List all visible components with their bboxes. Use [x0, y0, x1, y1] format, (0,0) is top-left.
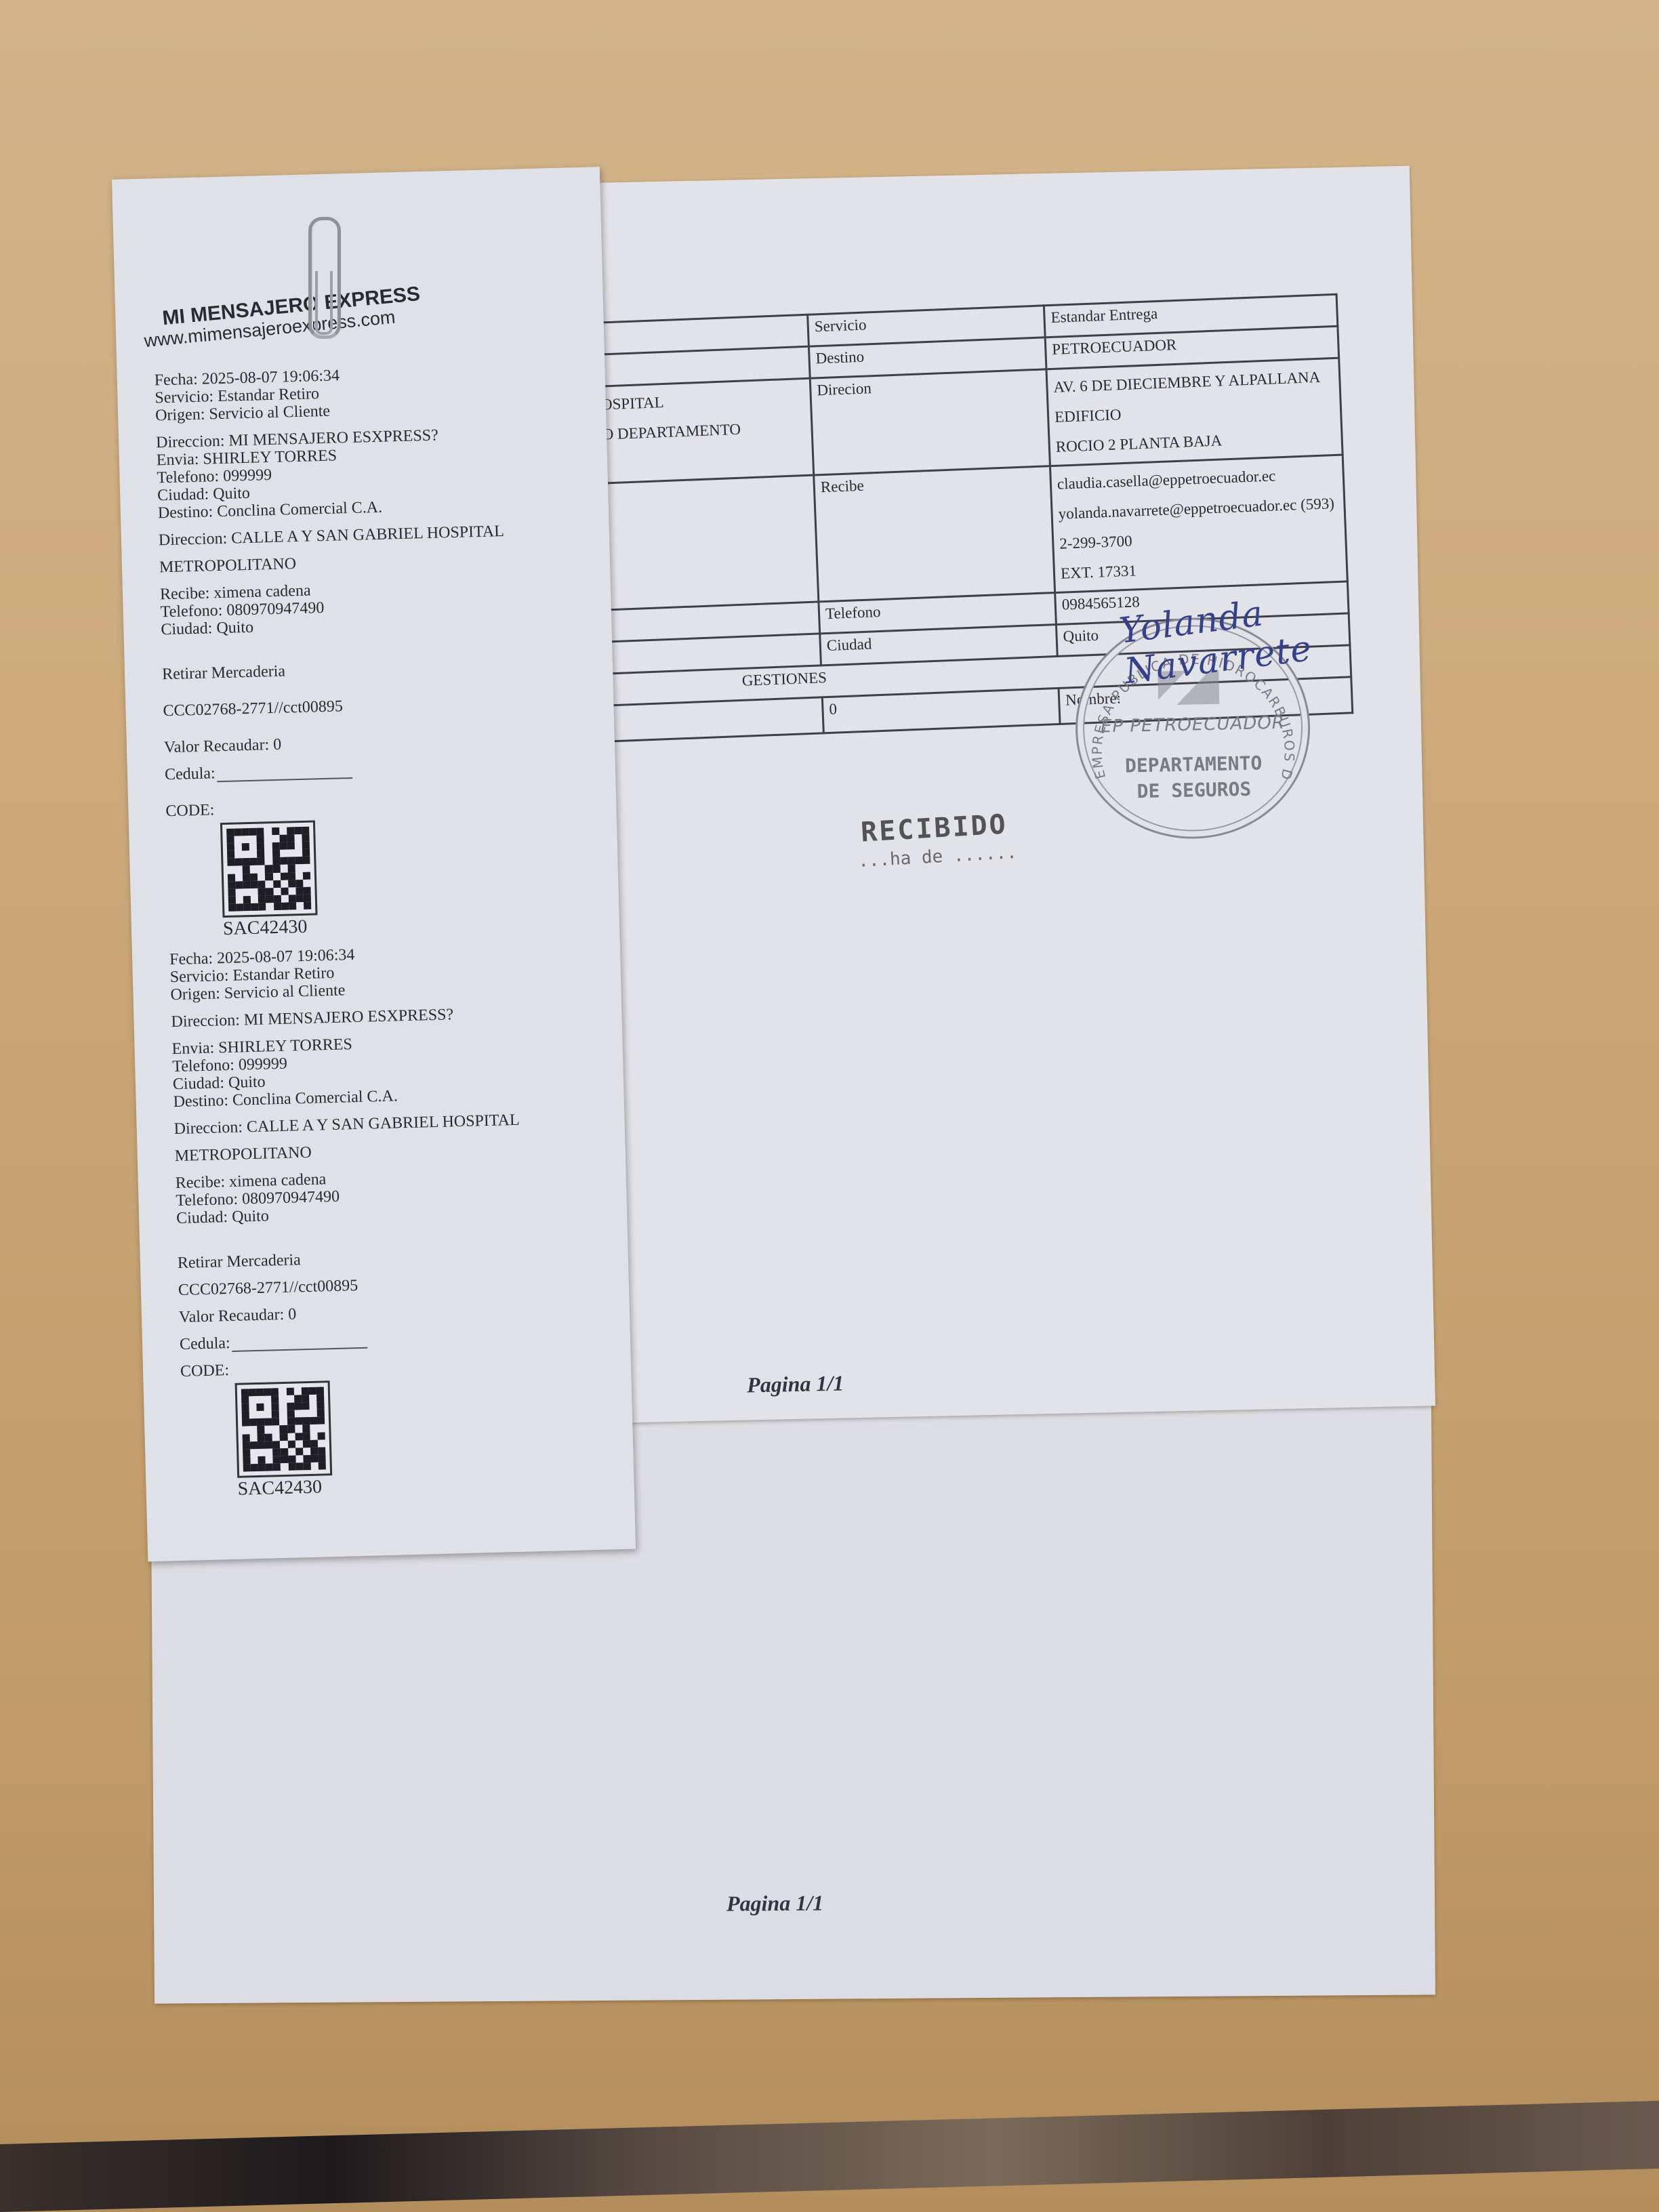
label-recibe: Recibe: [814, 466, 1055, 602]
value-recibe-2: yolanda.navarrete@eppetroecuador.ec (593…: [1058, 489, 1340, 559]
table-edge-background: [0, 2101, 1659, 2212]
qr-code-icon: [220, 820, 318, 918]
courier-receipt: MI MENSAJERO EXPRESS www.mimensajeroexpr…: [112, 167, 636, 1561]
label-direccion: Direcion: [810, 369, 1050, 475]
received-stamp: RECIBIDO: [860, 809, 1008, 848]
paperclip-inner-icon: [315, 271, 333, 335]
delivery-form-sheet: Servicio Estandar Entrega Destino PETROE…: [590, 166, 1435, 1423]
value-direccion-1: AV. 6 DE DIECIEMBRE Y ALPALLANA EDIFICIO: [1053, 362, 1335, 432]
qr-code-icon: [235, 1380, 333, 1478]
stamp-department-2: DE SEGUROS: [1079, 775, 1310, 806]
back-sheet-page-number: Pagina 1/1: [726, 1891, 823, 1917]
form-page-number: Pagina 1/1: [747, 1371, 844, 1398]
receipt-cedula-label: Cedula:: [165, 764, 216, 783]
receipt-cedula-label: Cedula:: [180, 1334, 230, 1353]
receipt-copy-2: Fecha: 2025-08-07 19:06:34 Servicio: Est…: [169, 940, 604, 1500]
receipt-copy-1: Fecha: 2025-08-07 19:06:34 Servicio: Est…: [154, 361, 589, 939]
